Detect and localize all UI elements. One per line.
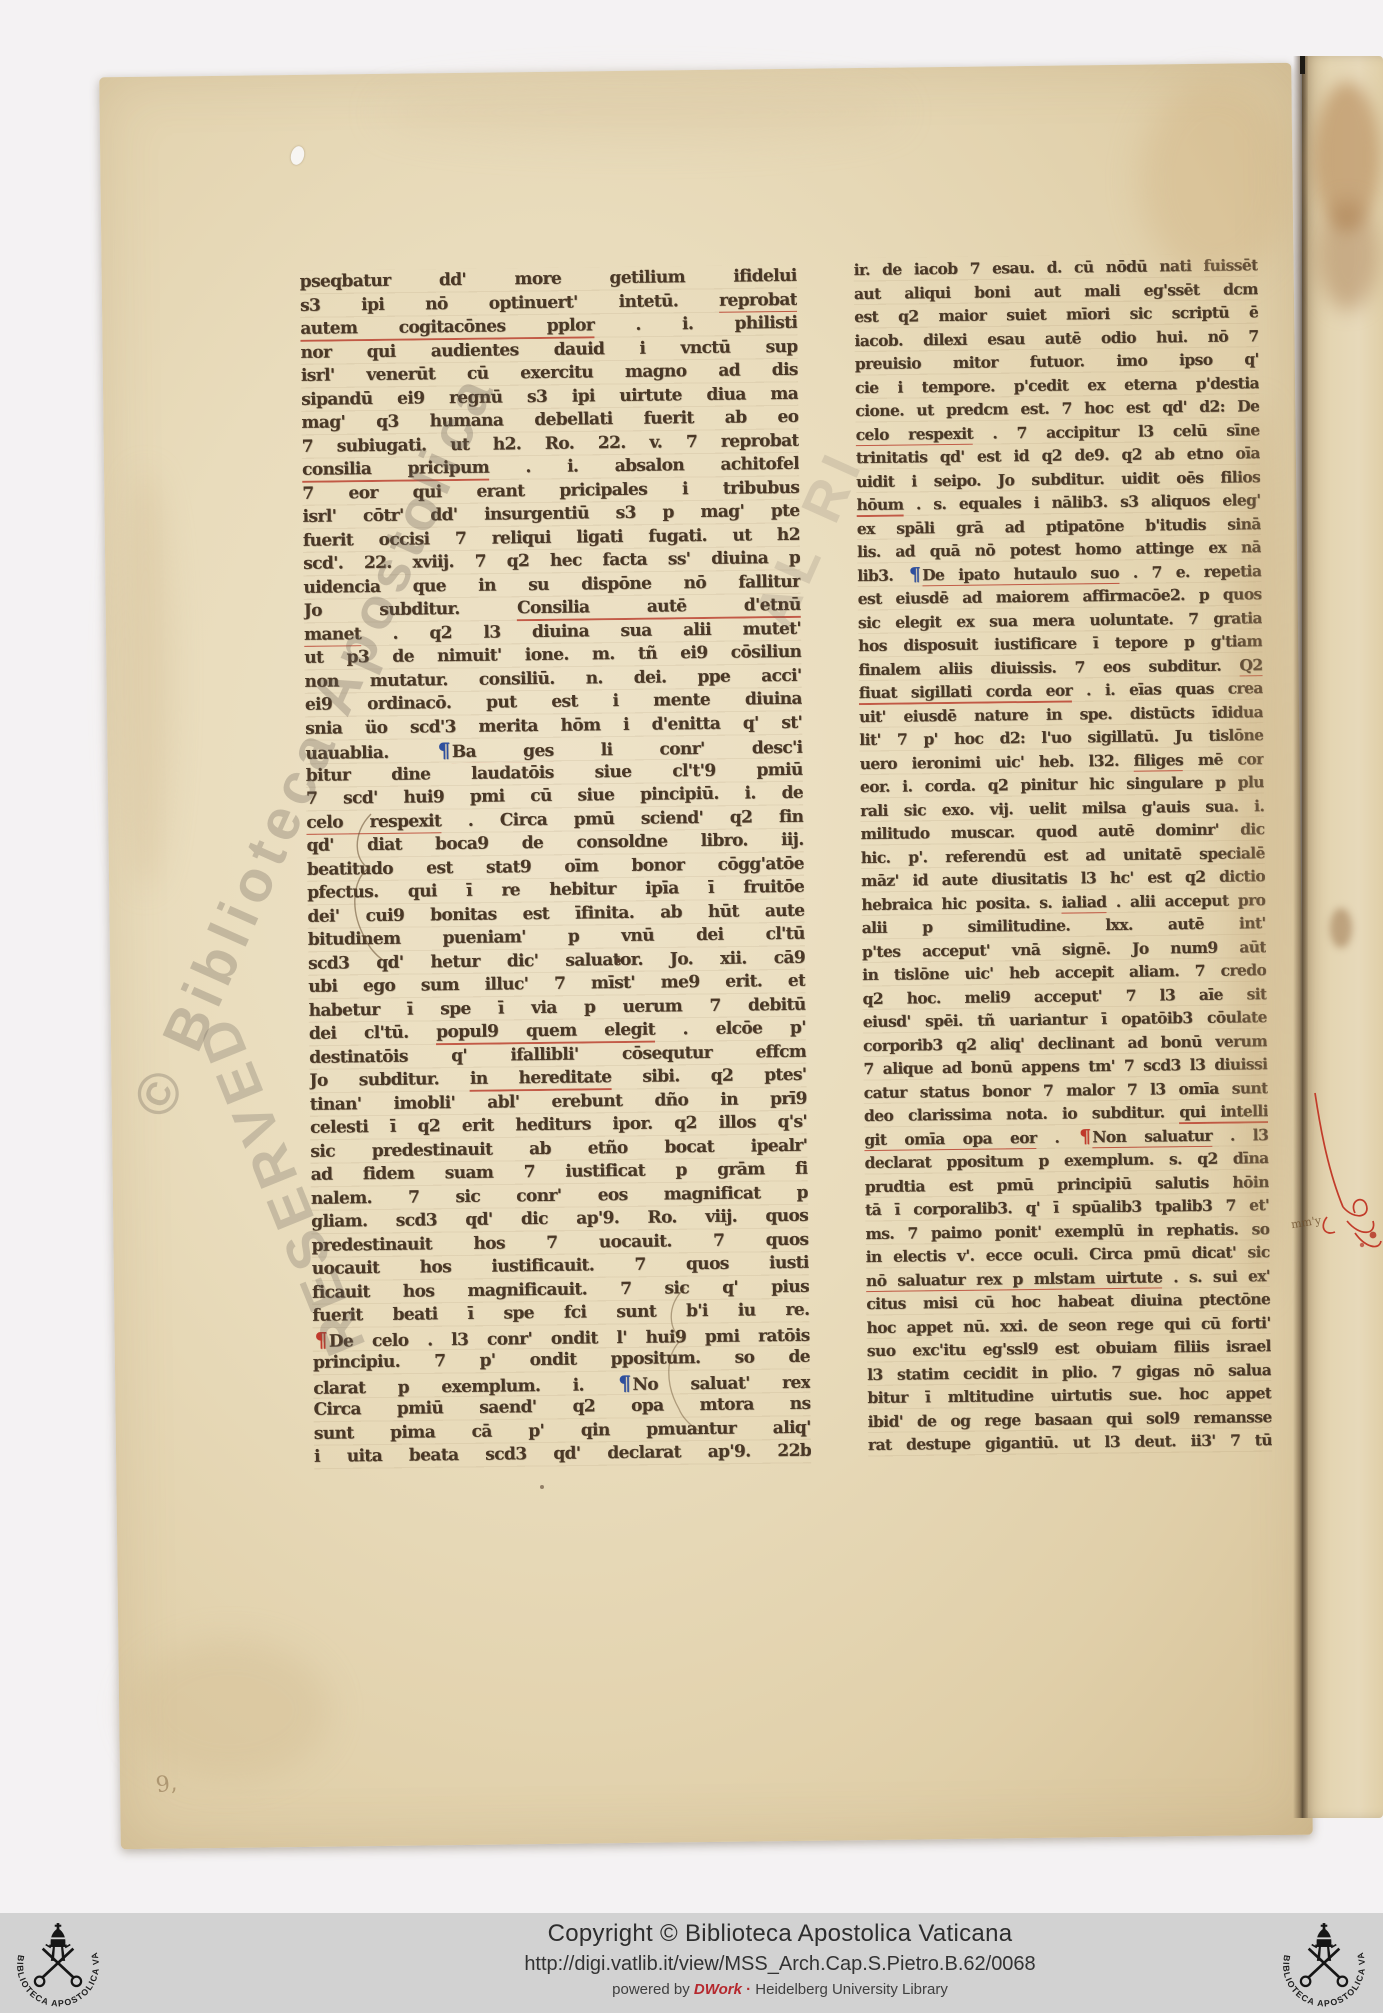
manuscript-text: deo clarissima nota. io subditur.	[864, 1102, 1180, 1125]
manuscript-text: snia üo scd'3 merita hōm i d'enitta q' s…	[305, 712, 802, 738]
manuscript-text: 7 eor qui erant pricipales i tribubus	[302, 477, 799, 503]
pen-trial-mark: 9,	[154, 1771, 178, 1799]
manuscript-text: habetur ī spe ī via p uerum 7 debitū	[309, 994, 806, 1020]
powered-by-prefix: powered by	[612, 1981, 694, 1998]
rubricated-text: reprobat	[719, 289, 797, 313]
manuscript-text: s3 ipi nō optinuert' intetū.	[300, 290, 719, 315]
manuscript-text: militudo muscar. quod autē dominr' dic	[860, 819, 1264, 843]
manuscript-text: isrl' venerūt cū exercitu magno ad dis	[301, 360, 798, 386]
manuscript-text: eor. i. corda. q2 pinitur hic singulare …	[860, 772, 1264, 796]
manuscript-text: citus misi cū hoc habeat diuina ptectōne	[866, 1289, 1270, 1313]
rubricated-text: git omīa opa eor	[864, 1127, 1037, 1151]
papal-tiara-icon	[1315, 1923, 1332, 1961]
manuscript-text: alii p similitudine. lxx. autē int'	[862, 913, 1266, 937]
red-penwork-flourish	[1285, 1055, 1383, 1285]
manuscript-text: non mutatur. consiliū. n. dei. ppe acci'	[304, 665, 801, 691]
manuscript-scan-page: pseqbatur dd' more getilium ifideluis3 i…	[0, 0, 1383, 2013]
paragraph-mark: ¶	[616, 1370, 632, 1394]
parchment-stain	[1318, 200, 1378, 310]
rubricated-text: consilia pricipum	[302, 458, 489, 483]
manuscript-text: ibid' de og rege basaan qui sol9 remanss…	[868, 1407, 1272, 1431]
source-url: http://digi.vatlib.it/view/MSS_Arch.Cap.…	[180, 1953, 1380, 1976]
gutter-notch	[1300, 56, 1305, 74]
paragraph-mark: ¶	[313, 1327, 329, 1351]
manuscript-text: nalem. 7 sic conr' eos magnificat p	[311, 1182, 808, 1208]
footer-text-block: Copyright © Biblioteca Apostolica Vatica…	[180, 1913, 1380, 1998]
manuscript-text: cione. ut predcm est. 7 hoc est qd' d2: …	[855, 396, 1259, 420]
manuscript-text: est eiusdē ad maiorem affirmacōe2. p quo…	[858, 584, 1262, 608]
manuscript-text: ubi ego sum illuc' 7 mīst' me9 erit. et	[308, 971, 805, 997]
manuscript-text: sunt pima cā p' qin pmuantur aliq'	[314, 1417, 811, 1443]
manuscript-text: in electis v'. ecce oculi. Circa pmū dic…	[866, 1242, 1270, 1266]
rubricated-text: popul9 quem elegit	[436, 1020, 655, 1046]
vatican-library-logo-right: BIBLIOTECA APOSTOLICA VATICANA	[1278, 1920, 1370, 2012]
parchment-stain	[130, 1640, 330, 1780]
manuscript-text: . elcōe p'	[655, 1018, 806, 1040]
manuscript-text: principiu. 7 p' ondit ppositum. so de	[313, 1347, 810, 1373]
manuscript-text: p'tes acceput' vnā signē. Jo num9 aūt	[862, 937, 1266, 961]
rubricated-text: fiuat sigillati corda eor	[859, 681, 1073, 705]
paragraph-mark: ¶	[907, 564, 922, 585]
manuscript-text: uauablia.	[305, 742, 435, 764]
manuscript-text: scd'. 22. xviij. 7 q2 hec facta ss' diui…	[303, 548, 800, 574]
manuscript-text: fuerit occisi 7 reliqui ligati fugati. u…	[303, 524, 800, 550]
rubricated-text: De ipato hutaulo suo	[922, 562, 1119, 586]
manuscript-text: mag' q3 humana debellati fuerit ab eo	[301, 407, 798, 433]
manuscript-column-right: ir. de iacob 7 esau. d. cū nōdū nati fui…	[853, 253, 1272, 1456]
heidelberg-label: Heidelberg University Library	[755, 1981, 948, 1998]
manuscript-text: māz' id aute diusitatis l3 hc' est q2 di…	[861, 866, 1265, 890]
manuscript-text: bitur dine laudatōis siue cl't'9 pmiū	[306, 759, 803, 785]
manuscript-text: . s. equales i nālib3. s3 aliquos eleg'	[903, 490, 1260, 513]
manuscript-text: trinitatis qd' est id q2 de9. q2 ab etno…	[856, 443, 1260, 467]
manuscript-text: Jo subditur.	[309, 1069, 470, 1091]
manuscript-text: q2 hoc. meli9 acceput' 7 l3 aīe sit	[862, 984, 1266, 1008]
ink-speck	[616, 958, 621, 963]
manuscript-text: dei cl'tū.	[309, 1022, 436, 1044]
manuscript-text: destinatōis q' ifallibli' cōsequtur effc…	[309, 1041, 806, 1067]
manuscript-text: declarat ppositum p exemplum. s. q2 dīna	[864, 1148, 1268, 1172]
manuscript-text: sic elegit ex sua mera uoluntate. 7 grat…	[858, 608, 1262, 632]
crossed-keys-icon	[1301, 1945, 1347, 1987]
manuscript-text: ficauit hos magnificauit. 7 sic q' pius	[312, 1276, 809, 1302]
copyright-line: Copyright © Biblioteca Apostolica Vatica…	[180, 1920, 1380, 1948]
manuscript-line: rat destupe gigantiū. ut l3 deut. ii3' 7…	[868, 1428, 1272, 1456]
manuscript-text: est q2 maior suiet mīori sic scriptū ē	[854, 302, 1258, 326]
manuscript-text: rat destupe gigantiū. ut l3 deut. ii3' 7…	[868, 1430, 1272, 1454]
manuscript-text: uero ieronimi uic' heb. l32.	[860, 750, 1134, 772]
rubricated-text: Consilia autē d'etnū	[517, 595, 801, 621]
footer-bar: Copyright © Biblioteca Apostolica Vatica…	[0, 1913, 1383, 2013]
manuscript-text: catur status bonor 7 malor 7 l3 omīa sun…	[864, 1078, 1268, 1102]
manuscript-text: suo exc'itu eg'ssl9 est obuiam filiis is…	[867, 1336, 1271, 1360]
parchment-stain	[118, 470, 173, 890]
manuscript-text: lib3.	[857, 565, 907, 585]
manuscript-text: . 7 accipitur l3 celū sīne	[973, 420, 1260, 442]
paragraph-mark: ¶	[1077, 1126, 1092, 1147]
manuscript-text: ad fidem suam 7 iustificat p grām fi	[311, 1159, 808, 1185]
vatican-library-logo-left: BIBLIOTECA APOSTOLICA VATICANA	[12, 1920, 104, 2012]
manuscript-text: . q2 l3 diuina sua alii mutet'	[361, 618, 801, 643]
manuscript-text: ut p3 de nimuit' ione. m. tñ ei9 cōsiliu…	[304, 642, 801, 668]
rubricated-text: De celo	[329, 1330, 409, 1352]
parchment-folio: pseqbatur dd' more getilium ifideluis3 i…	[99, 63, 1313, 1849]
manuscript-text: 7 scd' hui9 pmi cū siue pincipiū. i. de	[306, 783, 803, 809]
manuscript-text: 7 subiugati. ut h2. Ro. 22. v. 7 reproba…	[302, 430, 799, 456]
manuscript-text: isrl' cōtr' dd' insurgentiū s3 p mag' pt…	[302, 501, 799, 527]
manuscript-text: uidit i seipo. Jo subditur. uidit oēs fi…	[856, 467, 1260, 491]
manuscript-text: i uita beata scd3 qd' declarat ap'9. 22b	[314, 1441, 811, 1467]
manuscript-text: aut aliqui boni aut mali eg'ssēt dcm	[854, 279, 1258, 303]
manuscript-text: ei9 ordinacō. put est i mente diuina	[305, 689, 802, 715]
manuscript-text: nor qui audientes dauid i vnctū sup	[300, 336, 797, 362]
parchment-stain	[1330, 908, 1352, 948]
manuscript-text: hebraica hic posita. s.	[861, 892, 1061, 913]
manuscript-text: lis. ad quā nō potest homo attinge ex nā	[857, 537, 1261, 561]
rubricated-text: filiges	[1133, 750, 1183, 773]
parchment-stain	[1228, 400, 1290, 1300]
manuscript-text: rali sic exo. vij. uelit milsa g'auis su…	[860, 796, 1264, 820]
manuscript-text: . i. philisti	[594, 313, 797, 335]
manuscript-text: lit' 7 p' hoc d2: l'uo sigillatū. Ju tis…	[859, 725, 1263, 749]
manuscript-text: bitur ī mltitudine uirtutis sue. hoc app…	[867, 1383, 1271, 1407]
manuscript-text: Circa pmiū saend' q2 opa mtora ns	[313, 1394, 810, 1420]
manuscript-text: . i. absalon achitofel	[489, 454, 799, 478]
manuscript-text: iacob. dilexi esau autē odio hui. nō 7	[854, 326, 1258, 350]
manuscript-text: tinan' imobli' abl' erebunt dño in prī9	[310, 1088, 807, 1114]
manuscript-text: sipandū ei9 regnū s3 ipi uirtute diua ma	[301, 383, 798, 409]
manuscript-text: 7 alique ad bonū appens tm' 7 scd3 l3 di…	[863, 1054, 1267, 1078]
rubricated-text: Non saluatur	[1092, 1125, 1212, 1148]
dwork-label: DWork	[694, 1981, 742, 1998]
rubricated-text: ialiad	[1061, 892, 1106, 915]
marginal-squiggle	[343, 810, 388, 965]
manuscript-text: hic. p'. referendū est ad unitatē specia…	[861, 843, 1265, 867]
manuscript-text: cie i tempore. p'cedit ex eterna p'desti…	[855, 373, 1259, 397]
manuscript-text: uidencia que in su dispōne nō fallitur	[303, 571, 800, 597]
manuscript-text: Jo subditur.	[304, 598, 518, 621]
manuscript-text: fuerit beati ī spe fci sunt b'i iu re.	[312, 1300, 809, 1326]
rubricated-text: hōum	[856, 495, 903, 517]
marginal-squiggle	[655, 1285, 703, 1435]
paragraph-mark: ¶	[436, 738, 452, 762]
manuscript-text: celesti ī q2 erit hediturs ipor. q2 illo…	[310, 1112, 807, 1138]
manuscript-text: preuisio mitor futuor. imo ipso q'	[855, 349, 1259, 373]
manuscript-text: .	[1036, 1127, 1077, 1146]
manuscript-text: eiusd' spēi. tñ uariantur ī opatōib3 cōu…	[863, 1007, 1267, 1031]
manuscript-text: li conr' desc'i	[553, 738, 802, 761]
manuscript-text: . Circa pmū sciend' q2 fin	[441, 806, 803, 830]
parchment-stain	[1140, 80, 1290, 280]
parchment-stain	[380, 85, 900, 140]
manuscript-text: sic predestinauit ab etño bocat ipealr'	[310, 1135, 807, 1161]
page-gutter-crease	[1293, 56, 1308, 1818]
manuscript-text: hos disposuit iustificare ī tepore p g't…	[858, 631, 1262, 655]
manuscript-text: ex spāli grā ad ptipatōne b'itudis sinā	[857, 514, 1261, 538]
manuscript-text: prudtia est pmū principiū salutis hōin	[865, 1172, 1269, 1196]
crossed-keys-icon	[35, 1945, 81, 1987]
rubricated-text: manet	[304, 624, 361, 647]
powered-by-line: powered by DWork · Heidelberg University…	[180, 1981, 1380, 1998]
manuscript-line: i uita beata scd3 qd' declarat ap'9. 22b	[314, 1440, 811, 1470]
manuscript-text: uocauit hos iustificauit. 7 quos iusti	[312, 1253, 809, 1279]
manuscript-text: predestinauit hos 7 uocauit. 7 quos	[311, 1229, 808, 1255]
manuscript-text: in tislōne uic' heb accepit aliam. 7 cre…	[862, 960, 1266, 984]
manuscript-text: l3 statim cecidit in plio. 7 gigas nō sa…	[867, 1360, 1271, 1384]
manuscript-text: corporib3 q2 aliq' declinant ad bonū ver…	[863, 1031, 1267, 1055]
manuscript-text: finalem aliis diuissis. 7 eos subditur.	[858, 655, 1239, 679]
ink-speck	[540, 1485, 544, 1489]
manuscript-text: gliam. scd3 qd' dic ap'9. Ro. viij. quos	[311, 1206, 808, 1232]
rubricated-text: celo respexit	[856, 423, 974, 446]
separator-dot: ·	[742, 1981, 755, 1998]
manuscript-text: ms. 7 paimo ponit' exemplū in rephatis. …	[865, 1219, 1269, 1243]
rubricated-text: Ba ges	[452, 741, 554, 765]
manuscript-text: sibi. q2 ptes'	[611, 1065, 806, 1087]
rubricated-text: in hereditate	[470, 1067, 612, 1092]
manuscript-text: pseqbatur dd' more getilium ifidelui	[300, 266, 797, 292]
rubricated-text: autem cogitacōnes pplor	[300, 315, 594, 341]
papal-tiara-icon	[49, 1923, 66, 1961]
manuscript-text: tā ī corporalib3. q' ī spūalib3 tpalib3 …	[865, 1195, 1269, 1219]
manuscript-text: hoc appet nū. xxi. de seon rege qui cū f…	[866, 1313, 1270, 1337]
manuscript-text: uit' eiusdē nature in spe. distūcts īdid…	[859, 702, 1263, 726]
